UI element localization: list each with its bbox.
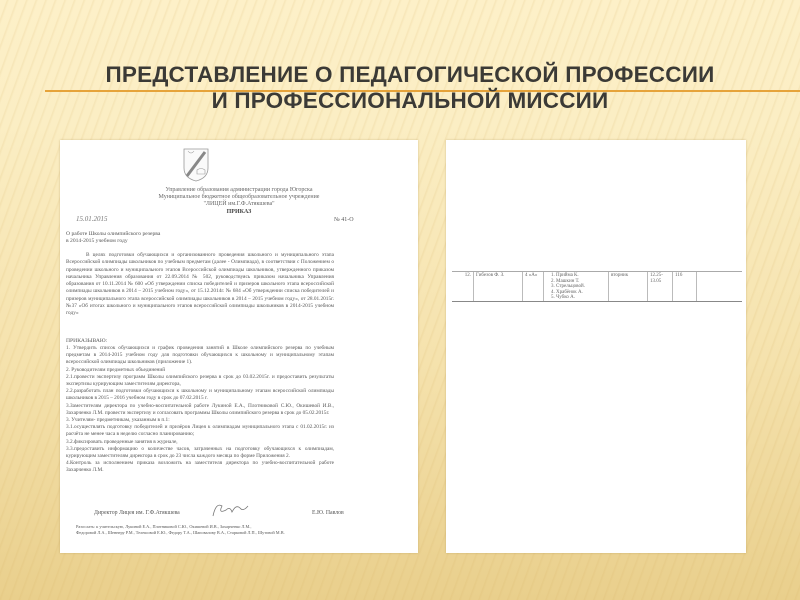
appendix-table-scan: 12. Гибезов Ф. З. 4 «А» Прийма К. Машкин… <box>446 140 746 553</box>
table-cell-time: 12.25-13.05 <box>647 272 672 301</box>
table-cell-num: 12. <box>452 272 473 301</box>
signature-icon <box>210 500 250 520</box>
appendix-table: 12. Гибезов Ф. З. 4 «А» Прийма К. Машкин… <box>452 271 742 302</box>
student-item: Чубко А. <box>556 295 606 301</box>
org-line-3: "ЛИЦЕЙ им.Г.Ф.Атякшева" <box>60 201 418 209</box>
order-item: 3.1.осуществлять подготовку победителей … <box>66 424 334 438</box>
order-number: № 41-О <box>334 217 354 224</box>
distribution-line-1: Разослать: к учительскую, Лукиной Е.А., … <box>76 524 251 530</box>
slide-title: ПРЕДСТАВЛЕНИЕ О ПЕДАГОГИЧЕСКОЙ ПРОФЕССИИ… <box>100 62 720 114</box>
table-cell-day: вторник <box>608 272 647 301</box>
table-cell-room: 116 <box>672 272 697 301</box>
order-item: 3.2.фиксировать проведенные занятия в жу… <box>66 439 334 446</box>
order-item: 3.Заместителям директора по учебно-воспи… <box>66 403 334 417</box>
subject-line-2: в 2014-2015 учебном году <box>66 238 128 245</box>
table-cell-class: 4 «А» <box>522 272 543 301</box>
order-document-scan: Управление образования администрации гор… <box>60 140 418 553</box>
order-item: 4.Контроль за исполнением приказа возлож… <box>66 460 334 474</box>
signature-title: Директор Лицея им. Г.Ф.Атякшева <box>94 510 180 517</box>
order-date: 15.01.2015 <box>76 216 108 223</box>
order-item: 2.2.разработать план подготовки обучающи… <box>66 388 334 402</box>
signature-name: Е.Ю. Павлов <box>312 510 344 517</box>
distribution-line-2: Федоровой Л.А., Шеннеру Р.М., Телешовой … <box>76 530 285 536</box>
doc-type: ПРИКАЗ <box>60 209 418 217</box>
preamble: В целях подготовки обучающихся и организ… <box>66 252 334 318</box>
order-item: 2. Руководителям предметных объединений <box>66 367 334 374</box>
order-item: 3.3.предоставить информацию о количестве… <box>66 446 334 460</box>
order-items: 1. Утвердить список обучающихся и график… <box>66 345 334 475</box>
city-emblem-icon <box>183 148 209 182</box>
table-cell-teacher: Гибезов Ф. З. <box>473 272 522 301</box>
order-item: 1. Утвердить список обучающихся и график… <box>66 345 334 367</box>
order-item: 2.1.провести экспертизу программ Школы о… <box>66 374 334 388</box>
table-cell-students: Прийма К. Машкин Т. Стрельцовой. Храбёно… <box>543 272 608 301</box>
